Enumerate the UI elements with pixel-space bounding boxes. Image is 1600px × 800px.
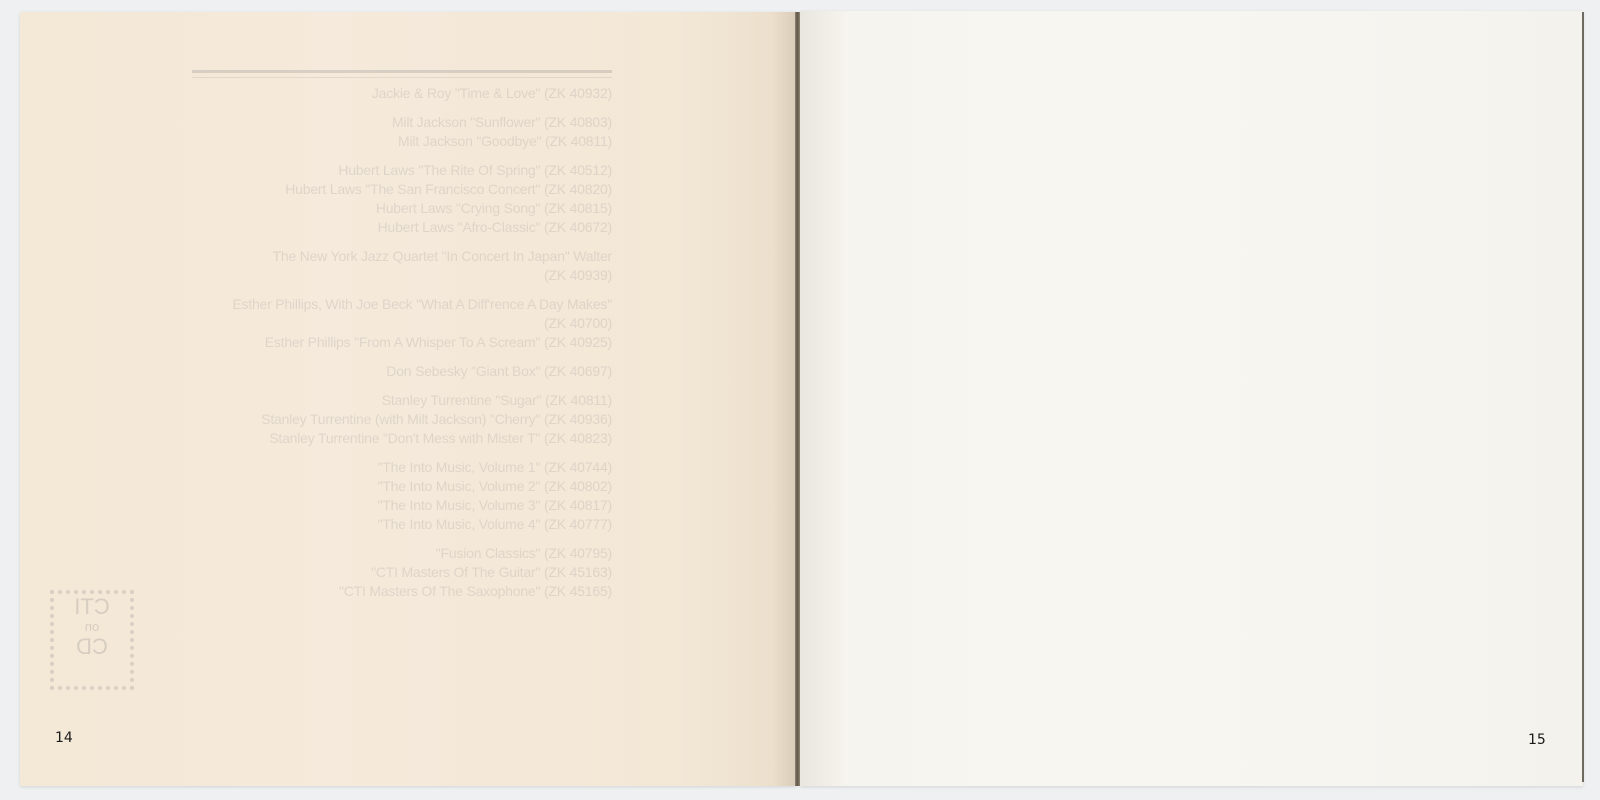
right-page-edge <box>1582 12 1584 782</box>
stamp-line: CD <box>54 634 130 660</box>
right-page <box>800 11 1583 786</box>
bleed-line: Jackie & Roy "Time & Love" (ZK 40932) <box>192 84 612 103</box>
stamp-line: on <box>54 620 130 634</box>
bleed-line: "CTI Masters Of The Guitar" (ZK 45163) <box>192 563 612 582</box>
bleed-line: "The Into Music, Volume 2" (ZK 40802) <box>192 477 612 496</box>
bleed-line: Esther Phillips "From A Whisper To A Scr… <box>192 333 612 352</box>
bleed-line: "The Into Music, Volume 4" (ZK 40777) <box>192 515 612 534</box>
bleed-line: Stanley Turrentine (with Milt Jackson) "… <box>192 410 612 429</box>
bleed-line: "The Into Music, Volume 3" (ZK 40817) <box>192 496 612 515</box>
bleed-rule-thin <box>192 77 612 78</box>
stamp-line: CTI <box>54 594 130 620</box>
bleed-line: (ZK 40700) <box>192 314 612 333</box>
cti-on-cd-stamp: CTI on CD <box>50 590 134 690</box>
bleed-line: The New York Jazz Quartet "In Concert In… <box>192 247 612 266</box>
page-number-left: 14 <box>55 730 73 746</box>
bleed-line: Hubert Laws "Afro-Classic" (ZK 40672) <box>192 218 612 237</box>
bleed-line: Hubert Laws "The San Francisco Concert" … <box>192 180 612 199</box>
bleed-line: "The Into Music, Volume 1" (ZK 40744) <box>192 458 612 477</box>
bleed-rule <box>192 70 612 73</box>
bleed-through-text-block: Jackie & Roy "Time & Love" (ZK 40932) Mi… <box>192 70 612 601</box>
bleed-line: Milt Jackson "Goodbye" (ZK 40811) <box>192 132 612 151</box>
bleed-line: "Fusion Classics" (ZK 40795) <box>192 544 612 563</box>
bleed-line: Stanley Turrentine "Sugar" (ZK 40811) <box>192 391 612 410</box>
bleed-line: "CTI Masters Of The Saxophone" (ZK 45165… <box>192 582 612 601</box>
page-number-right: 15 <box>1528 732 1546 748</box>
bleed-line: Hubert Laws "The Rite Of Spring" (ZK 405… <box>192 161 612 180</box>
bleed-line: Stanley Turrentine "Don't Mess with Mist… <box>192 429 612 448</box>
booklet-spread: Jackie & Roy "Time & Love" (ZK 40932) Mi… <box>0 0 1600 800</box>
bleed-line: (ZK 40939) <box>192 266 612 285</box>
bleed-line: Esther Phillips, With Joe Beck "What A D… <box>192 295 612 314</box>
bleed-line: Don Sebesky "Giant Box" (ZK 40697) <box>192 362 612 381</box>
bleed-line: Hubert Laws "Crying Song" (ZK 40815) <box>192 199 612 218</box>
bleed-line: Milt Jackson "Sunflower" (ZK 40803) <box>192 113 612 132</box>
